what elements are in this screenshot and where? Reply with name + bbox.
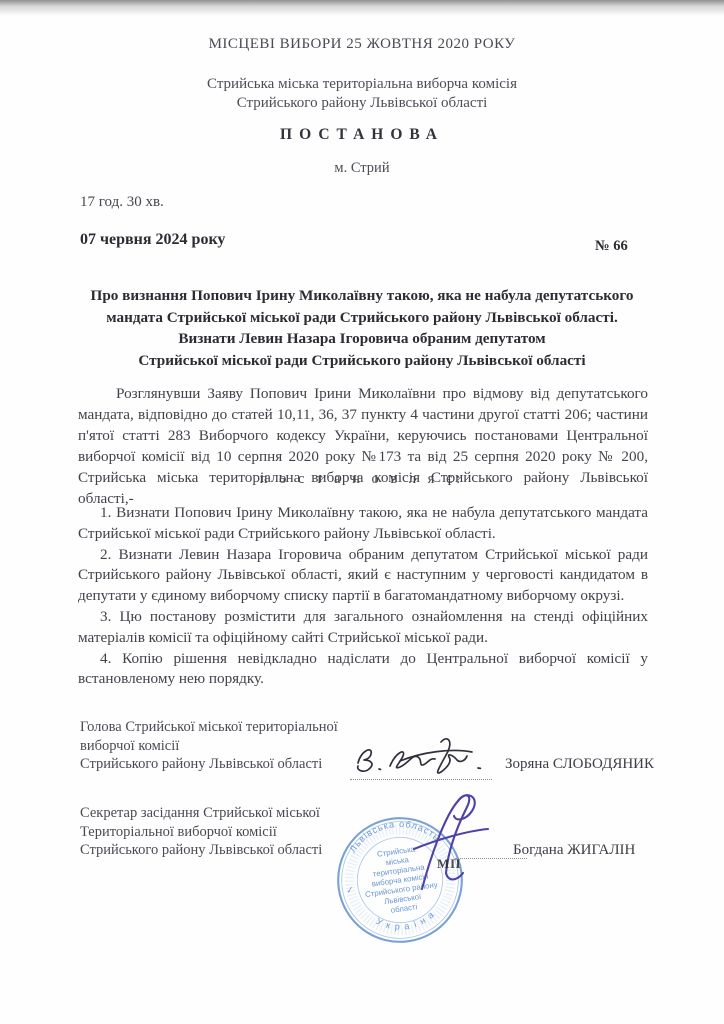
- signatory1-role-line3: Стрийського району Львівської області: [80, 755, 338, 774]
- signatory2-name: Богдана ЖИГАЛІН: [513, 842, 635, 859]
- resolution-title: Про визнання Попович Ірину Миколаївну та…: [52, 285, 672, 371]
- scanner-edge-artifact: [0, 0, 724, 16]
- signatory2-role-line1: Секретар засідання Стрийської міської: [80, 804, 322, 823]
- resolution-number: № 66: [595, 238, 628, 255]
- resolution-item-4: 4. Копію рішення невідкладно надіслати д…: [78, 649, 648, 691]
- resolution-items: 1. Визнати Попович Ірину Миколаївну тако…: [78, 503, 648, 690]
- signatory2-role: Секретар засідання Стрийської міської Те…: [80, 804, 322, 860]
- resolution-title-line2: мандата Стрийської міської ради Стрийськ…: [52, 307, 672, 329]
- stamp-checkmark-icon: ✓: [345, 885, 354, 897]
- city-line: м. Стрий: [0, 160, 724, 177]
- resolution-title-line3: Визнати Левин Назара Ігоровича обраним д…: [52, 328, 672, 350]
- commission-name-line1: Стрийська міська територіальна виборча к…: [0, 76, 724, 93]
- time-of-adoption: 17 год. 30 хв.: [80, 194, 164, 211]
- handwritten-signature-1: [348, 733, 498, 781]
- signatory1-role: Голова Стрийської міської територіальної…: [80, 718, 338, 774]
- commission-name-line2: Стрийського району Львівської області: [0, 95, 724, 112]
- resolves-word: п о с т а н о в л я є:: [0, 471, 724, 488]
- resolution-item-1: 1. Визнати Попович Ірину Миколаївну тако…: [78, 503, 648, 545]
- document-type-heading: ПОСТАНОВА: [0, 126, 724, 144]
- signatory1-role-line2: виборчої комісії: [80, 737, 338, 756]
- resolution-item-3: 3. Цю постанову розмістити для загальног…: [78, 607, 648, 649]
- signatory2-role-line2: Територіальної виборчої комісії: [80, 823, 322, 842]
- resolution-item-2: 2. Визнати Левин Назара Ігоровича обрани…: [78, 545, 648, 607]
- signatory1-name: Зоряна СЛОБОДЯНИК: [505, 756, 654, 773]
- resolution-title-line1: Про визнання Попович Ірину Миколаївну та…: [52, 285, 672, 307]
- election-header: МІСЦЕВІ ВИБОРИ 25 ЖОВТНЯ 2020 РОКУ: [0, 36, 724, 53]
- scanned-document-page: МІСЦЕВІ ВИБОРИ 25 ЖОВТНЯ 2020 РОКУ Стрий…: [0, 0, 724, 1024]
- signatory2-role-line3: Стрийського району Львівської області: [80, 841, 322, 860]
- signatory1-role-line1: Голова Стрийської міської територіальної: [80, 718, 338, 737]
- signature-line-1: [350, 779, 492, 780]
- resolution-title-line4: Стрийської міської ради Стрийського райо…: [52, 350, 672, 372]
- date-of-adoption: 07 червня 2024 року: [80, 231, 225, 249]
- handwritten-signature-2: [408, 789, 493, 894]
- preamble-paragraph: Розглянувши Заяву Попович Ірини Миколаїв…: [78, 383, 648, 509]
